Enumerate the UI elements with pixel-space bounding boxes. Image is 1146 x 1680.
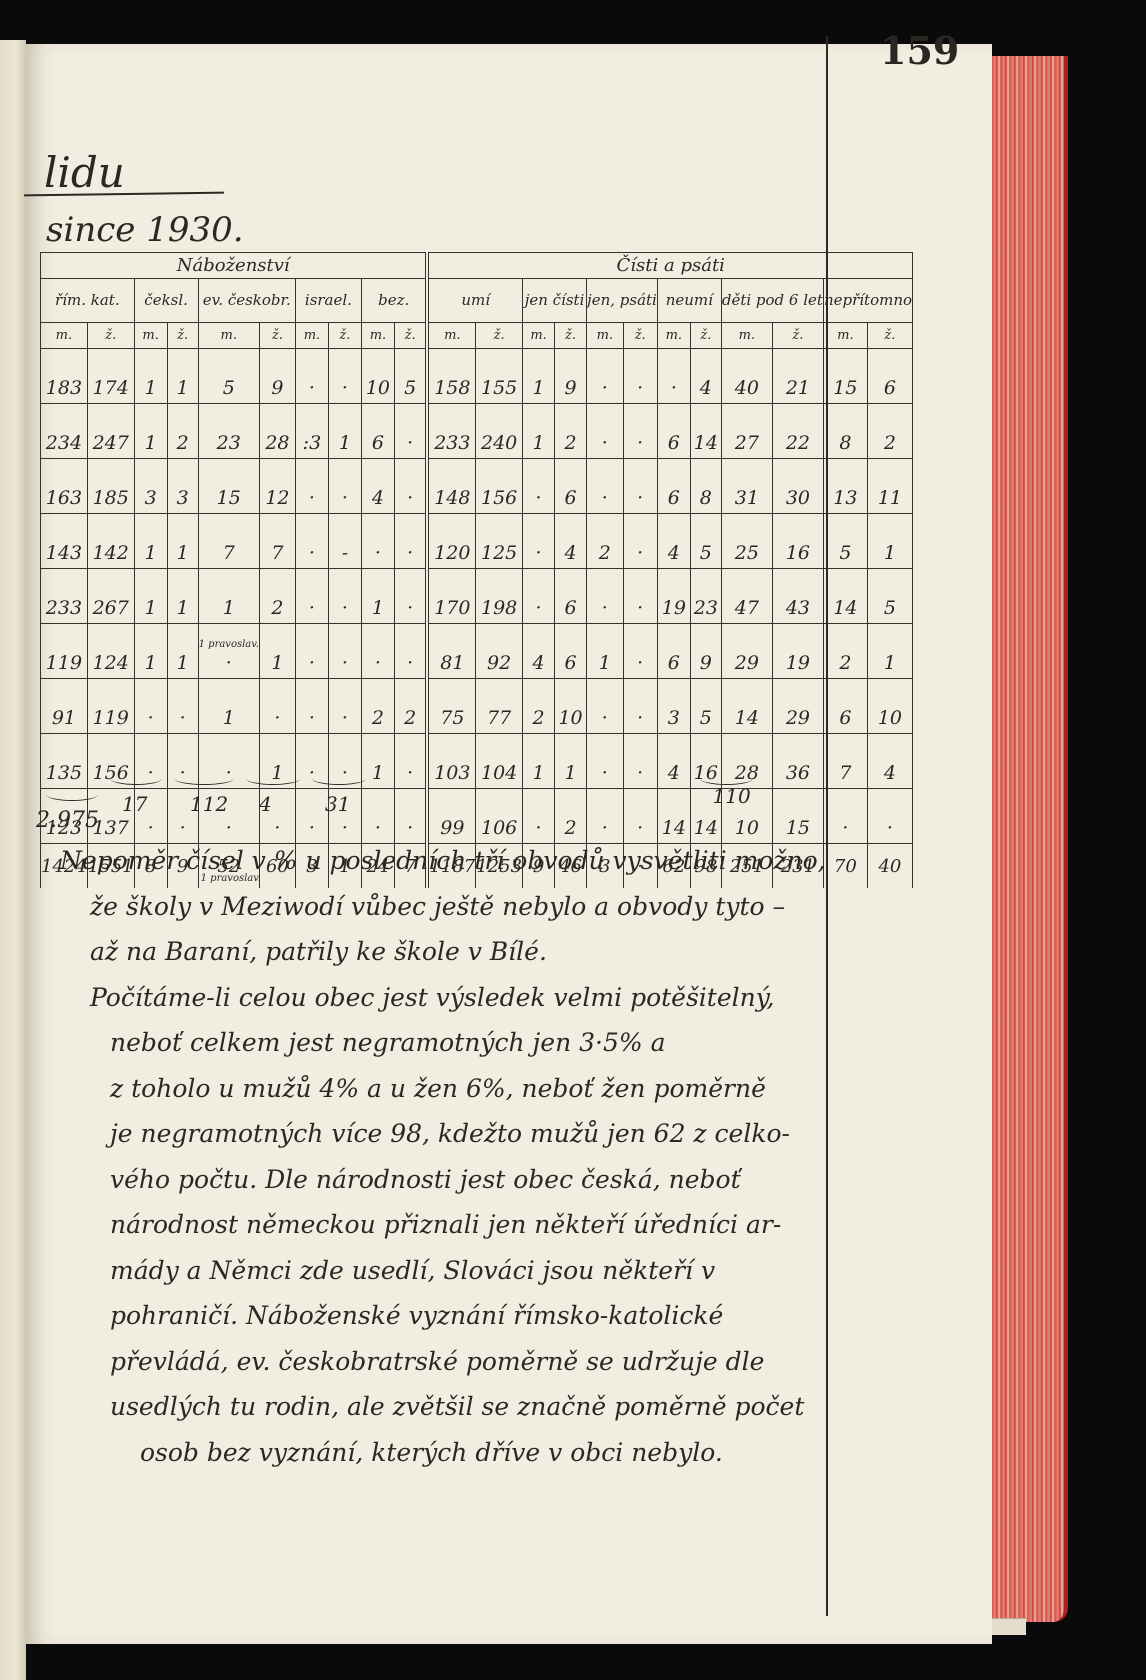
sex-header-male: m. (587, 323, 624, 349)
table-cell: 185 (87, 459, 134, 514)
sum-brace (110, 772, 162, 785)
table-cell: 6 (555, 569, 587, 624)
table-cell: · (295, 514, 328, 569)
table-cell: · (295, 624, 328, 679)
table-cell: · (394, 569, 427, 624)
table-cell: 1 (523, 734, 555, 789)
column-header-bez: bez. (361, 279, 427, 323)
sex-header-male: m. (721, 323, 772, 349)
column-header-neumi: neumí (657, 279, 721, 323)
table-cell: 174 (87, 349, 134, 404)
column-header-jen-psati: jen, psáti (587, 279, 658, 323)
table-cell: 1 (134, 349, 167, 404)
table-cell: 19 (772, 624, 823, 679)
table-cell: 22 (772, 404, 823, 459)
sex-header-female: ž. (772, 323, 823, 349)
table-cell: 1 (555, 734, 587, 789)
page-subheading: since 1930. (46, 210, 244, 250)
table-cell: 1 (361, 734, 394, 789)
table-cell: · (587, 569, 624, 624)
table-cell: 6 (657, 404, 690, 459)
table-cell: 29 (772, 679, 823, 734)
table-cell: 31 (721, 459, 772, 514)
table-cell: · (295, 569, 328, 624)
table-cell: 14 (657, 789, 690, 844)
table-cell: 5 (198, 349, 259, 404)
table-cell: 27 (721, 404, 772, 459)
table-cell: 3 (167, 459, 198, 514)
table-cell: · (295, 349, 328, 404)
table-cell: 2 (523, 679, 555, 734)
text-line: vého počtu. Dle národnosti jest obec čes… (60, 1157, 820, 1203)
table-cell: 2 (361, 679, 394, 734)
table-cell: 5 (690, 514, 721, 569)
table-cell: 1 (587, 624, 624, 679)
table-cell: · (623, 514, 657, 569)
sex-header-female: ž. (394, 323, 427, 349)
table-cell: 1 (198, 569, 259, 624)
table-cell: 124 (87, 624, 134, 679)
table-cell: 135 (41, 734, 88, 789)
table-cell: 9 (690, 624, 721, 679)
table-cell: - (328, 514, 361, 569)
column-header-deti-pod-6-let: děti pod 6 let (721, 279, 823, 323)
table-cell: 2 (823, 624, 867, 679)
table-cell: · (587, 789, 624, 844)
combined-sum-israel: 4 (259, 792, 272, 816)
sex-header-male: m. (657, 323, 690, 349)
table-cell: 9 (259, 349, 295, 404)
table-cell: 1 (523, 404, 555, 459)
text-line: že školy v Meziwodí vůbec ještě nebylo a… (60, 884, 820, 930)
table-cell: 104 (476, 734, 523, 789)
sum-brace (174, 772, 234, 785)
table-row: 1831741159··10515815519···44021156 (41, 349, 913, 404)
table-cell: 25 (721, 514, 772, 569)
table-cell: 1 (134, 514, 167, 569)
sum-brace (312, 772, 366, 785)
combined-sum-nepritomno: 110 (713, 784, 751, 808)
sex-header-female: ž. (167, 323, 198, 349)
table-cell: 1 (167, 569, 198, 624)
narrative-text: Nepoměr čísel v % u posledních tří obvod… (60, 838, 820, 1475)
table-cell: 7 (823, 734, 867, 789)
combined-sum-ceskosl: 17 (122, 792, 147, 816)
table-cell: 2 (167, 404, 198, 459)
table-cell: · (394, 514, 427, 569)
table-row: 2332671112··1·170198·6··19234743145 (41, 569, 913, 624)
table-cell: 198 (476, 569, 523, 624)
table-row: 123137········99106·2··14141015·· (41, 789, 913, 844)
table-cell: · (295, 459, 328, 514)
table-cell: · (394, 404, 427, 459)
table-cell: 8 (823, 404, 867, 459)
table-cell: 23 (198, 404, 259, 459)
text-line: mády a Němci zde usedlí, Slováci jsou ně… (60, 1248, 820, 1294)
table-cell: 2 (867, 404, 912, 459)
table-cell: 10 (867, 679, 912, 734)
table-cell: 23 (690, 569, 721, 624)
table-cell: 9 (555, 349, 587, 404)
table-cell: 119 (87, 679, 134, 734)
table-cell: 7 (198, 514, 259, 569)
column-header-israel: israel. (295, 279, 361, 323)
table-cell: 1 (167, 349, 198, 404)
table-cell: 3 (134, 459, 167, 514)
table-cell: 2 (259, 569, 295, 624)
table-cell: 120 (427, 514, 475, 569)
table-cell: 106 (476, 789, 523, 844)
table-cell: · (361, 789, 394, 844)
table-cell: 3 (657, 679, 690, 734)
table-cell: 1 (134, 404, 167, 459)
table-cell: 77 (476, 679, 523, 734)
sex-header-male: m. (295, 323, 328, 349)
table-cell: 2 (394, 679, 427, 734)
table-cell: · (167, 679, 198, 734)
table-cell: · (259, 679, 295, 734)
text-line: je negramotných více 98, kdežto mužů jen… (60, 1111, 820, 1157)
table-cell: 75 (427, 679, 475, 734)
sex-header-male: m. (198, 323, 259, 349)
table-cell: · (328, 349, 361, 404)
sex-header-male: m. (361, 323, 394, 349)
table-cell: 7 (259, 514, 295, 569)
total-cell: 70 (823, 844, 867, 889)
table-cell: 12 (259, 459, 295, 514)
table-cell: · (823, 789, 867, 844)
table-row: 91119··1···227577210··351429610 (41, 679, 913, 734)
table-cell: · (623, 459, 657, 514)
table-cell: 155 (476, 349, 523, 404)
table-cell: · (867, 789, 912, 844)
table-cell: 1 (523, 349, 555, 404)
table-cell: · (623, 679, 657, 734)
table-cell: 6 (867, 349, 912, 404)
text-line: neboť celkem jest negramotných jen 3·5% … (60, 1020, 820, 1066)
column-header-jen-cisti: jen čísti (523, 279, 587, 323)
table-cell: 4 (867, 734, 912, 789)
page-number: 159 (880, 28, 959, 73)
table-cell: 81 (427, 624, 475, 679)
table-cell: 142 (87, 514, 134, 569)
column-header-ev-ceskobr: ev. českobr. (198, 279, 295, 323)
table-cell: 1 (167, 624, 198, 679)
table-cell: 148 (427, 459, 475, 514)
table-cell: 1 (167, 514, 198, 569)
table-cell: 29 (721, 624, 772, 679)
text-line: osob bez vyznání, kterých dříve v obci n… (60, 1430, 820, 1476)
column-header-nepritomno: nepřítomno (823, 279, 912, 323)
table-cell: 1 (328, 404, 361, 459)
table-cell: · (134, 679, 167, 734)
table-cell: 247 (87, 404, 134, 459)
book-page-edges (992, 56, 1068, 1622)
table-row: 163185331512··4·148156·6··6831301311 (41, 459, 913, 514)
table-cell: · (587, 734, 624, 789)
table-cell: 103 (427, 734, 475, 789)
table-cell: 233 (41, 569, 88, 624)
table-cell: 4 (657, 734, 690, 789)
sex-header-male: m. (41, 323, 88, 349)
table-cell: 170 (427, 569, 475, 624)
table-cell: 15 (772, 789, 823, 844)
page-heading: lidu (44, 148, 125, 197)
table-cell: 4 (657, 514, 690, 569)
table-cell: 5 (867, 569, 912, 624)
table-cell: · (623, 569, 657, 624)
table-cell: · (523, 569, 555, 624)
column-header-umi: umí (427, 279, 522, 323)
table-cell: 14 (690, 404, 721, 459)
table-cell: · (587, 459, 624, 514)
table-cell: 8 (690, 459, 721, 514)
table-cell: 28 (259, 404, 295, 459)
text-line: Počítáme-li celou obec jest výsledek vel… (60, 975, 820, 1021)
text-line: Nepoměr čísel v % u posledních tří obvod… (60, 838, 820, 884)
sex-header-female: ž. (867, 323, 912, 349)
table-cell: 267 (87, 569, 134, 624)
table-cell: 5 (823, 514, 867, 569)
table-cell: 1 pravoslav.· (198, 624, 259, 679)
table-cell: 6 (657, 624, 690, 679)
table-cell: · (361, 514, 394, 569)
group-header-literacy: Čísti a psáti (427, 253, 912, 279)
table-cell: 10 (361, 349, 394, 404)
table-cell: 11 (867, 459, 912, 514)
table-cell: 6 (361, 404, 394, 459)
text-line: až na Baraní, patřily ke škole v Bílé. (60, 929, 820, 975)
table-cell: · (587, 349, 624, 404)
sum-brace (46, 788, 98, 801)
table-cell: 1 (259, 624, 295, 679)
table-cell: 91 (41, 679, 88, 734)
table-row: 135156···1··1·10310411··416283674 (41, 734, 913, 789)
table-cell: 119 (41, 624, 88, 679)
table-cell: 21 (772, 349, 823, 404)
table-cell: 19 (657, 569, 690, 624)
group-header-religion: Náboženství (41, 253, 428, 279)
table-cell: 5 (394, 349, 427, 404)
sex-header-male: m. (134, 323, 167, 349)
column-header-ceskosl: čeksl. (134, 279, 198, 323)
text-line: pohraničí. Náboženské vyznání římsko-kat… (60, 1293, 820, 1339)
table-cell: 92 (476, 624, 523, 679)
table-cell: 163 (41, 459, 88, 514)
column-header-rim-kat: řím. kat. (41, 279, 135, 323)
table-cell: 125 (476, 514, 523, 569)
text-line: z toholo u mužů 4% a u žen 6%, neboť žen… (60, 1066, 820, 1112)
combined-sum-bez: 31 (325, 792, 350, 816)
table-cell: · (623, 404, 657, 459)
table-cell: 1 (198, 679, 259, 734)
table-cell: 1 (867, 514, 912, 569)
table-cell: · (394, 459, 427, 514)
table-cell: 36 (772, 734, 823, 789)
sex-header-male: m. (823, 323, 867, 349)
table-cell: 1 (134, 624, 167, 679)
table-cell: 15 (198, 459, 259, 514)
table-cell: · (523, 459, 555, 514)
table-cell: · (394, 624, 427, 679)
table-cell: · (623, 789, 657, 844)
table-cell: · (328, 459, 361, 514)
table-cell: 183 (41, 349, 88, 404)
table-cell: · (328, 569, 361, 624)
table-cell: 2 (587, 514, 624, 569)
table-cell: · (623, 349, 657, 404)
table-cell: · (394, 734, 427, 789)
table-row: 119124111 pravoslav.·1····8192461·692919… (41, 624, 913, 679)
table-cell: 6 (555, 624, 587, 679)
table-cell: 5 (690, 679, 721, 734)
table-cell: 156 (476, 459, 523, 514)
table-cell: 158 (427, 349, 475, 404)
table-cell: 40 (721, 349, 772, 404)
table-row: 1431421177·-··120125·42·45251651 (41, 514, 913, 569)
table-cell: 4 (523, 624, 555, 679)
combined-sum-rim-kat: 2.975 (36, 808, 99, 833)
table-cell: · (295, 679, 328, 734)
sex-header-male: m. (523, 323, 555, 349)
table-cell: 234 (41, 404, 88, 459)
table-cell: 6 (657, 459, 690, 514)
table-cell: 143 (41, 514, 88, 569)
table-cell: 14 (823, 569, 867, 624)
table-cell: 43 (772, 569, 823, 624)
table-cell: 15 (823, 349, 867, 404)
table-cell: · (623, 624, 657, 679)
table-cell: 4 (555, 514, 587, 569)
table-cell: 4 (361, 459, 394, 514)
table-cell: 6 (823, 679, 867, 734)
table-cell: 1 (867, 624, 912, 679)
sex-header-female: ž. (555, 323, 587, 349)
table-cell: 47 (721, 569, 772, 624)
text-line: usedlých tu rodin, ale zvětšil se značně… (60, 1384, 820, 1430)
sex-header-female: ž. (259, 323, 295, 349)
table-cell: · (328, 624, 361, 679)
table-cell: · (361, 624, 394, 679)
left-page-edge (0, 40, 26, 1680)
sex-header-female: ž. (623, 323, 657, 349)
sum-brace (246, 772, 300, 785)
sex-header-female: ž. (476, 323, 523, 349)
table-cell: · (394, 789, 427, 844)
table-cell: 1 (134, 569, 167, 624)
sex-header-female: ž. (328, 323, 361, 349)
table-cell: 2 (555, 789, 587, 844)
cell-annotation: 1 pravoslav. (199, 640, 259, 650)
table-cell: 1 (361, 569, 394, 624)
table-cell: · (328, 679, 361, 734)
table-cell: 10 (555, 679, 587, 734)
table-cell: · (623, 734, 657, 789)
sex-header-male: m. (427, 323, 475, 349)
table-cell: 233 (427, 404, 475, 459)
table-cell: 6 (555, 459, 587, 514)
table-cell: 99 (427, 789, 475, 844)
census-table: Náboženství Čísti a psáti řím. kat.čeksl… (40, 252, 913, 888)
sex-header-female: ž. (87, 323, 134, 349)
table-cell: 16 (772, 514, 823, 569)
table-cell: 240 (476, 404, 523, 459)
table-cell: · (295, 789, 328, 844)
table-cell: · (657, 349, 690, 404)
text-line: národnost německou přiznali jen někteří … (60, 1202, 820, 1248)
table-cell: · (587, 679, 624, 734)
table-cell: 30 (772, 459, 823, 514)
total-cell: 40 (867, 844, 912, 889)
sex-header-female: ž. (690, 323, 721, 349)
table-cell: 14 (721, 679, 772, 734)
combined-sum-ev-ceskobr: 112 (190, 792, 228, 816)
text-line: převládá, ev. českobratrské poměrně se u… (60, 1339, 820, 1385)
table-cell: · (523, 514, 555, 569)
table-row: 234247122328:316·23324012··614272282 (41, 404, 913, 459)
table-cell: · (523, 789, 555, 844)
table-cell: 2 (555, 404, 587, 459)
table-cell: · (587, 404, 624, 459)
table-cell: :3 (295, 404, 328, 459)
table-cell: 13 (823, 459, 867, 514)
table-cell: 4 (690, 349, 721, 404)
